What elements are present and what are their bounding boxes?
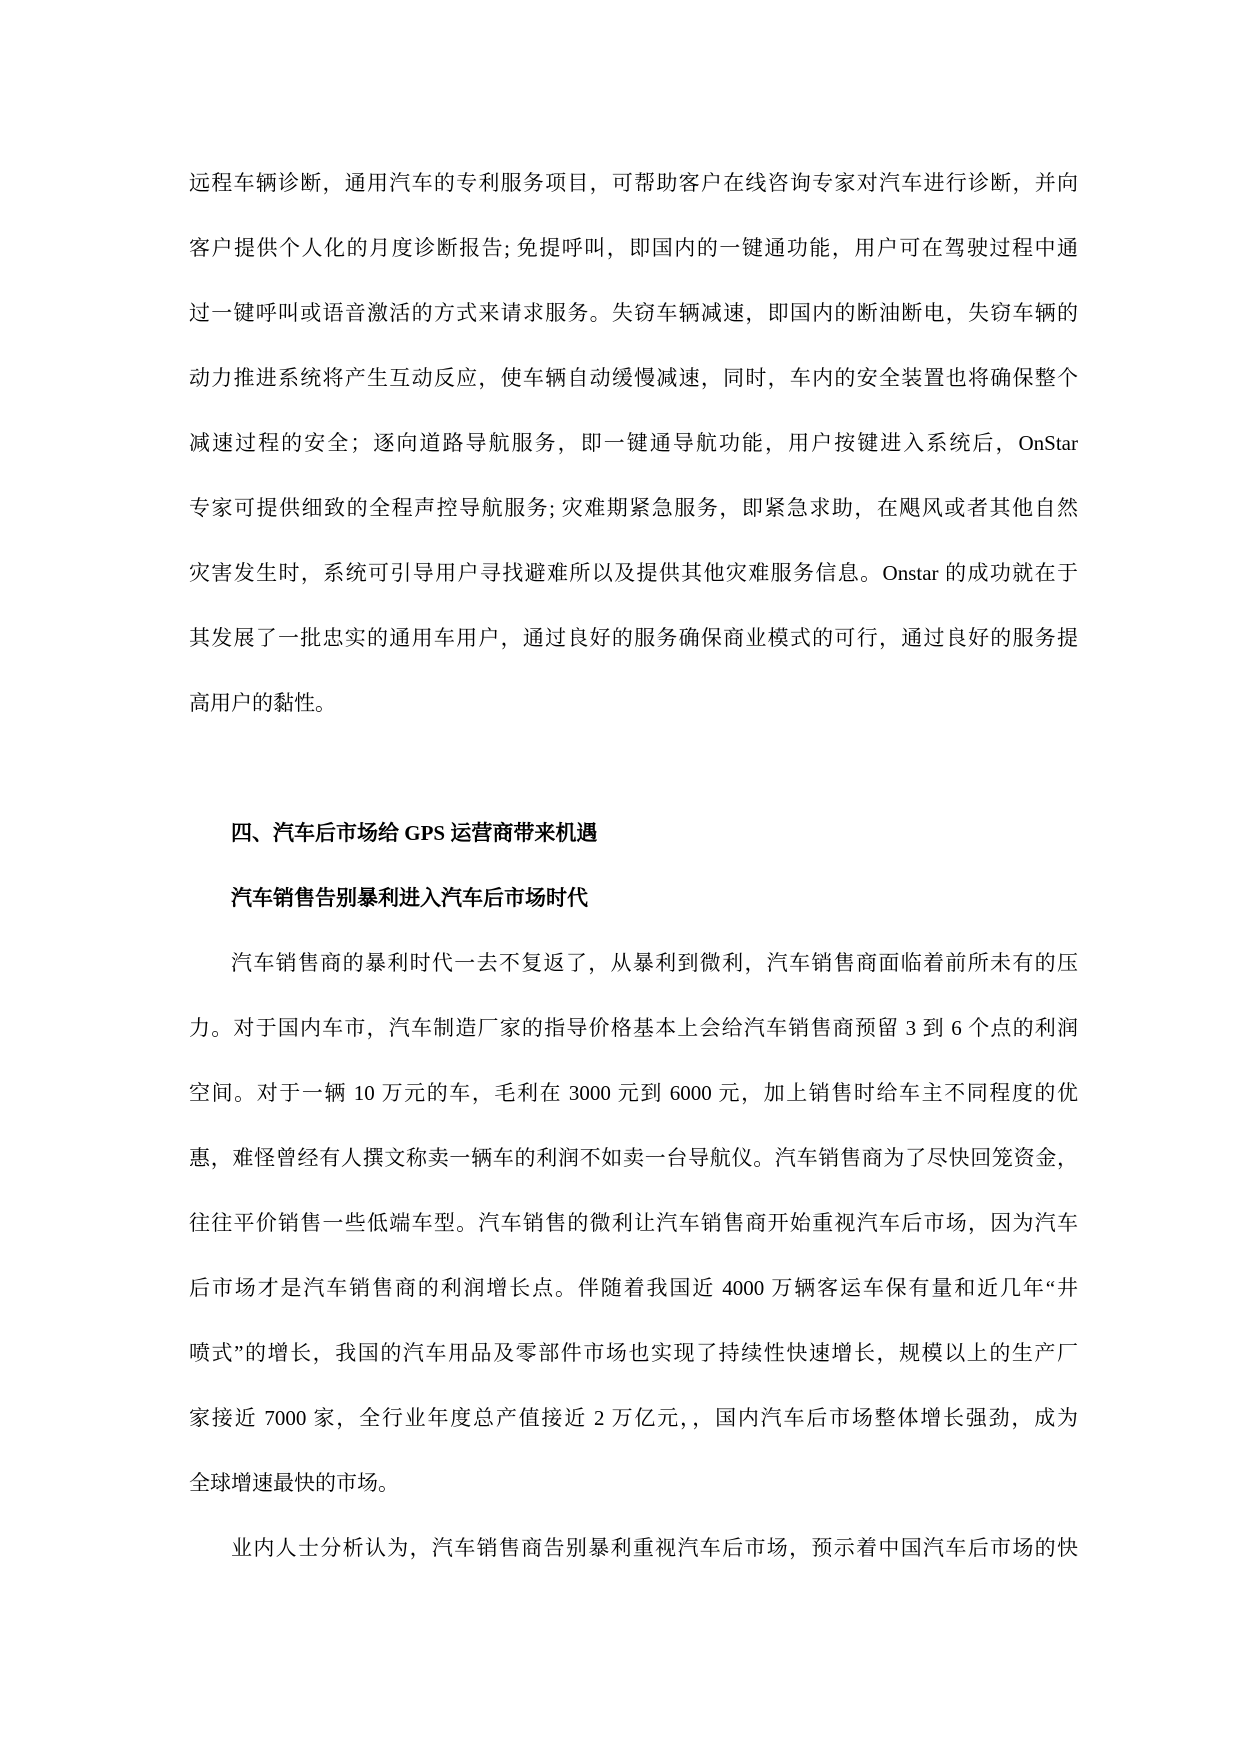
document-content: 远程车辆诊断，通用汽车的专利服务项目，可帮助客户在线咨询专家对汽车进行诊断，并向… (189, 151, 1078, 1581)
paragraph-line: 其发展了一批忠实的通用车用户，通过良好的服务确保商业模式的可行，通过良好的服务提 (189, 606, 1078, 671)
paragraph-line: 全球增速最快的市场。 (189, 1451, 1078, 1516)
document-page: 远程车辆诊断，通用汽车的专利服务项目，可帮助客户在线咨询专家对汽车进行诊断，并向… (0, 0, 1241, 1754)
paragraph-line: 惠，难怪曾经有人撰文称卖一辆车的利润不如卖一台导航仪。汽车销售商为了尽快回笼资金… (189, 1126, 1078, 1191)
paragraph-line: 后市场才是汽车销售商的利润增长点。伴随着我国近 4000 万辆客运车保有量和近几… (189, 1256, 1078, 1321)
paragraph-line: 喷式”的增长，我国的汽车用品及零部件市场也实现了持续性快速增长，规模以上的生产厂 (189, 1321, 1078, 1386)
paragraph-line: 远程车辆诊断，通用汽车的专利服务项目，可帮助客户在线咨询专家对汽车进行诊断，并向 (189, 151, 1078, 216)
paragraph-line: 客户提供个人化的月度诊断报告; 免提呼叫，即国内的一键通功能，用户可在驾驶过程中… (189, 216, 1078, 281)
blank-line (189, 736, 1078, 801)
sub-heading: 汽车销售告别暴利进入汽车后市场时代 (189, 866, 1078, 931)
paragraph-line: 减速过程的安全；逐向道路导航服务，即一键通导航功能，用户按键进入系统后，OnSt… (189, 411, 1078, 476)
paragraph-line: 家接近 7000 家，全行业年度总产值接近 2 万亿元，，国内汽车后市场整体增长… (189, 1386, 1078, 1451)
paragraph-line: 往往平价销售一些低端车型。汽车销售的微利让汽车销售商开始重视汽车后市场，因为汽车 (189, 1191, 1078, 1256)
paragraph-line: 高用户的黏性。 (189, 671, 1078, 736)
paragraph-line: 灾害发生时，系统可引导用户寻找避难所以及提供其他灾难服务信息。Onstar 的成… (189, 541, 1078, 606)
section-heading: 四、汽车后市场给 GPS 运营商带来机遇 (189, 801, 1078, 866)
paragraph-line: 汽车销售商的暴利时代一去不复返了，从暴利到微利，汽车销售商面临着前所未有的压 (189, 931, 1078, 996)
paragraph-line: 力。对于国内车市，汽车制造厂家的指导价格基本上会给汽车销售商预留 3 到 6 个… (189, 996, 1078, 1061)
paragraph-line: 业内人士分析认为，汽车销售商告别暴利重视汽车后市场，预示着中国汽车后市场的快 (189, 1516, 1078, 1581)
paragraph-line: 空间。对于一辆 10 万元的车，毛利在 3000 元到 6000 元，加上销售时… (189, 1061, 1078, 1126)
paragraph-line: 过一键呼叫或语音激活的方式来请求服务。失窃车辆减速，即国内的断油断电，失窃车辆的 (189, 281, 1078, 346)
paragraph-line: 专家可提供细致的全程声控导航服务; 灾难期紧急服务，即紧急求助，在飓风或者其他自… (189, 476, 1078, 541)
paragraph-line: 动力推进系统将产生互动反应，使车辆自动缓慢减速，同时，车内的安全装置也将确保整个 (189, 346, 1078, 411)
